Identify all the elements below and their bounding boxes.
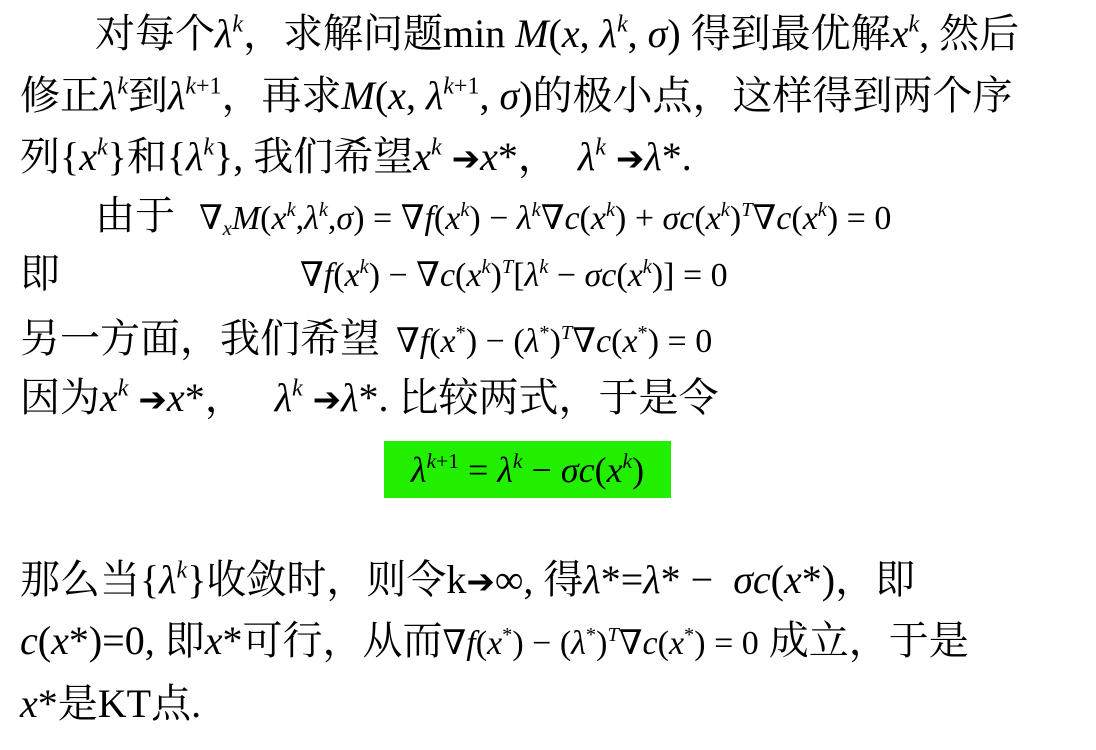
text: , 得 [523,557,583,602]
text: 修正 [20,73,100,118]
text: 因为 [20,375,100,420]
text: 到 [128,73,168,118]
paragraph-1-line-3: 列{xk}和{λk}, 我们希望xk ➔x*， λk ➔λ*. [20,133,692,183]
text: , 我们希望 [233,134,413,179]
text: ，即 [835,557,915,602]
paragraph-1-line-2: 修正λk到λk+1，再求M(x, λk+1, σ)的极小点，这样得到两个序 [20,72,1013,120]
text: 得到最优解 [681,11,891,56]
text: ，求解问题min [243,11,515,56]
paragraph-3-line-2: 因为xk ➔x*， λk ➔λ*. 比较两式，于是令 [20,374,719,424]
highlighted-update-rule: λk+1 = λk − σc(xk) [384,441,671,498]
text: , 然后 [919,11,1019,56]
equation-simplified: ∇f(xk) − ∇c(xk)T[λk − σc(xk)] = 0 [300,252,728,300]
text: 收敛时，则令k [206,557,466,602]
equation-gradient-line: 由于 ∇xM(xk,λk,σ) = ∇f(xk) − λk∇c(xk) + σc… [95,192,891,243]
text: 另一方面，我们希望 [20,316,380,361]
text: 由于 [95,193,175,238]
right-arrow-icon: ➔ [313,380,342,420]
equation-kkt-holds: ∇f(x*) − (λ*)T∇c(x*) = 0 [443,625,759,662]
right-arrow-icon: ➔ [452,139,481,179]
equation-multiplier-update: λk+1 = λk − σc(xk) [411,449,644,491]
text: 那么当 [20,557,140,602]
text: 的极小点，这样得到两个序 [533,73,1013,118]
text: 成立，于是 [769,618,969,663]
paragraph-4-line-3: x*是KT点. [20,680,201,728]
text: 比较两式，于是令 [399,375,719,420]
paragraph-4-line-2: c(x*)=0, 即x*可行，从而∇f(x*) − (λ*)T∇c(x*) = … [20,617,969,668]
text: 是KT点. [58,681,201,726]
paragraph-1-line-1: 对每个λk，求解问题min M(x, λk, σ) 得到最优解xk, 然后 [95,10,1019,58]
text: 即 [20,251,60,296]
text: 即 [165,618,205,663]
paragraph-3-line-1: 另一方面，我们希望 ∇f(x*) − (λ*)T∇c(x*) = 0 [20,315,712,366]
text: 和 [127,134,167,179]
text: 列 [20,134,60,179]
equation-simplified-line: 即 [20,250,60,298]
paragraph-4-line-1: 那么当{λk}收敛时，则令k➔∞, 得λ*=λ* − σc(x*)，即 [20,556,915,606]
text: ，再求 [222,73,342,118]
right-arrow-icon: ➔ [466,562,495,602]
equation-kkt: ∇f(x*) − (λ*)T∇c(x*) = 0 [396,323,712,360]
text: 可行，从而 [243,618,443,663]
right-arrow-icon: ➔ [616,139,645,179]
text: 对每个 [95,11,215,56]
right-arrow-icon: ➔ [138,380,167,420]
equation-gradient: ∇xM(xk,λk,σ) = ∇f(xk) − λk∇c(xk) + σc(xk… [199,200,891,237]
